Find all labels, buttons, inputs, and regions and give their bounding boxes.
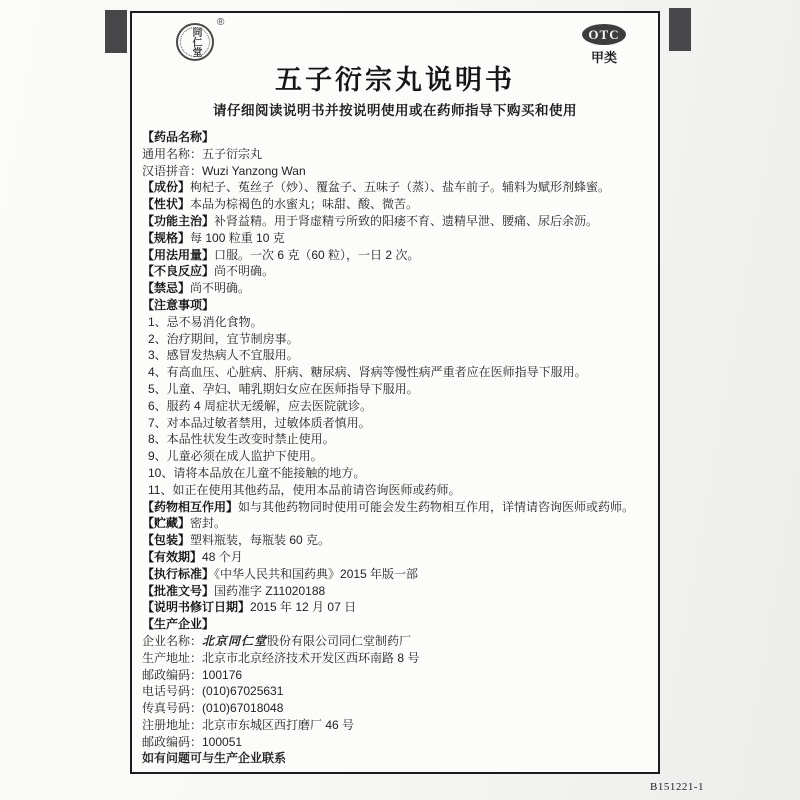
otc-badge: OTC <box>582 24 626 45</box>
line-text: 4、有高血压、心脏病、肝病、糖尿病、肾病等慢性病严重者应在医师指导下服用。 <box>148 365 587 379</box>
body-line: 【功能主治】补肾益精。用于肾虚精亏所致的阳痿不育、遗精早泄、腰痛、尿后余沥。 <box>142 213 654 230</box>
body-line: 通用名称：五子衍宗丸 <box>142 146 654 163</box>
line-text: 尚不明确。 <box>190 281 250 295</box>
line-text: 枸杞子、菟丝子（炒）、覆盆子、五味子（蒸）、盐车前子。辅料为赋形剂蜂蜜。 <box>190 180 610 194</box>
body-line: 【规格】每 100 粒重 10 克 <box>142 230 654 247</box>
line-text: 2、治疗期间，宜节制房事。 <box>148 332 299 346</box>
body-line: 电话号码：(010)67025631 <box>142 683 654 700</box>
line-text: 如有问题可与生产企业联系 <box>142 751 286 765</box>
line-text: 股份有限公司同仁堂制药厂 <box>267 634 411 648</box>
line-label: 【规格】 <box>142 231 190 245</box>
body-line: 10、请将本品放在儿童不能接触的地方。 <box>142 465 654 482</box>
body-line: 【说明书修订日期】2015 年 12 月 07 日 <box>142 599 654 616</box>
line-text: 企业名称： <box>142 634 202 648</box>
body-line: 【批准文号】国药准字 Z11020188 <box>142 583 654 600</box>
line-text: 10、请将本品放在儿童不能接触的地方。 <box>148 466 365 480</box>
line-label: 【药品名称】 <box>142 130 214 144</box>
body-line: 【不良反应】尚不明确。 <box>142 263 654 280</box>
body-line: 【注意事项】 <box>142 297 654 314</box>
line-label: 【注意事项】 <box>142 298 214 312</box>
line-label: 【包装】 <box>142 533 190 547</box>
print-code: B151221-1 <box>650 781 704 793</box>
leaflet-title: 五子衍宗丸说明书 <box>132 58 658 97</box>
body-line: 【性状】本品为棕褐色的水蜜丸；味甜、酸、微苦。 <box>142 196 654 213</box>
body-line: 7、对本品过敏者禁用，过敏体质者慎用。 <box>142 415 654 432</box>
body-line: 4、有高血压、心脏病、肝病、糖尿病、肾病等慢性病严重者应在医师指导下服用。 <box>142 364 654 381</box>
body-line: 企业名称：北京同仁堂股份有限公司同仁堂制药厂 <box>142 633 654 650</box>
tongrentang-seal-icon: 同仁堂 <box>176 23 214 61</box>
line-text: 本品为棕褐色的水蜜丸；味甜、酸、微苦。 <box>190 197 418 211</box>
line-label: 【用法用量】 <box>142 248 214 262</box>
line-label: 【生产企业】 <box>142 617 214 631</box>
line-text: 《中华人民共和国药典》2015 年版一部 <box>214 567 418 581</box>
line-text: 5、儿童、孕妇、哺乳期妇女应在医师指导下服用。 <box>148 382 419 396</box>
body-line: 【用法用量】口服。一次 6 克（60 粒），一日 2 次。 <box>142 247 654 264</box>
line-label: 【药物相互作用】 <box>142 500 238 514</box>
line-text: 生产地址：北京市北京经济技术开发区西环南路 8 号 <box>142 651 419 665</box>
line-text: 国药准字 Z11020188 <box>214 584 325 598</box>
leaflet-body: 【药品名称】通用名称：五子衍宗丸汉语拼音：Wuzi Yanzong Wan【成份… <box>142 129 654 767</box>
line-text: 尚不明确。 <box>214 264 274 278</box>
right-package-edge <box>669 8 691 51</box>
line-label: 【批准文号】 <box>142 584 214 598</box>
line-label: 【说明书修订日期】 <box>142 600 250 614</box>
line-text: 2015 年 12 月 07 日 <box>250 600 356 614</box>
line-text: 注册地址：北京市东城区西打磨厂 46 号 <box>142 718 354 732</box>
line-text: 通用名称：五子衍宗丸 <box>142 147 262 161</box>
line-text: 如与其他药物同时使用可能会发生药物相互作用，详情请咨询医师或药师。 <box>238 500 634 514</box>
line-text: 口服。一次 6 克（60 粒），一日 2 次。 <box>214 248 419 262</box>
line-text: 塑料瓶装，每瓶装 60 克。 <box>190 533 330 547</box>
body-line: 【贮藏】密封。 <box>142 515 654 532</box>
line-text: 48 个月 <box>202 550 243 564</box>
line-label: 【功能主治】 <box>142 214 214 228</box>
body-line: 8、本品性状发生改变时禁止使用。 <box>142 431 654 448</box>
body-line: 【生产企业】 <box>142 616 654 633</box>
line-text: 9、儿童必须在成人监护下使用。 <box>148 449 323 463</box>
body-line: 【成份】枸杞子、菟丝子（炒）、覆盆子、五味子（蒸）、盐车前子。辅料为赋形剂蜂蜜。 <box>142 179 654 196</box>
body-line: 汉语拼音：Wuzi Yanzong Wan <box>142 163 654 180</box>
leaflet-subtitle: 请仔细阅读说明书并按说明使用或在药师指导下购买和使用 <box>132 99 658 119</box>
line-label: 【执行标准】 <box>142 567 214 581</box>
body-line: 邮政编码：100176 <box>142 667 654 684</box>
body-line: 【执行标准】《中华人民共和国药典》2015 年版一部 <box>142 566 654 583</box>
body-line: 5、儿童、孕妇、哺乳期妇女应在医师指导下服用。 <box>142 381 654 398</box>
line-text: 每 100 粒重 10 克 <box>190 231 285 245</box>
registered-trademark-icon: ® <box>217 17 224 28</box>
body-line: 2、治疗期间，宜节制房事。 <box>142 331 654 348</box>
left-package-edge <box>105 10 127 53</box>
line-label: 【成份】 <box>142 180 190 194</box>
seal-text: 同仁堂 <box>190 27 200 57</box>
line-text: 邮政编码：100051 <box>142 735 242 749</box>
body-line: 如有问题可与生产企业联系 <box>142 750 654 767</box>
brand-calligraphy: 北京同仁堂 <box>202 634 267 648</box>
body-line: 【药物相互作用】如与其他药物同时使用可能会发生药物相互作用，详情请咨询医师或药师… <box>142 499 654 516</box>
body-line: 3、感冒发热病人不宜服用。 <box>142 347 654 364</box>
line-label: 【不良反应】 <box>142 264 214 278</box>
line-text: 7、对本品过敏者禁用，过敏体质者慎用。 <box>148 416 371 430</box>
line-text: 邮政编码：100176 <box>142 668 242 682</box>
line-label: 【性状】 <box>142 197 190 211</box>
page-background: 同仁堂 ® OTC 甲类 五子衍宗丸说明书 请仔细阅读说明书并按说明使用或在药师… <box>0 0 800 800</box>
line-text: 密封。 <box>190 516 226 530</box>
line-text: 补肾益精。用于肾虚精亏所致的阳痿不育、遗精早泄、腰痛、尿后余沥。 <box>214 214 598 228</box>
line-text: 8、本品性状发生改变时禁止使用。 <box>148 432 335 446</box>
body-line: 6、服药 4 周症状无缓解，应去医院就诊。 <box>142 398 654 415</box>
line-label: 【禁忌】 <box>142 281 190 295</box>
line-text: 1、忌不易消化食物。 <box>148 315 263 329</box>
body-line: 9、儿童必须在成人监护下使用。 <box>142 448 654 465</box>
body-line: 【禁忌】尚不明确。 <box>142 280 654 297</box>
leaflet-frame: 同仁堂 ® OTC 甲类 五子衍宗丸说明书 请仔细阅读说明书并按说明使用或在药师… <box>130 11 660 774</box>
body-line: 邮政编码：100051 <box>142 734 654 751</box>
line-label: 【贮藏】 <box>142 516 190 530</box>
body-line: 11、如正在使用其他药品，使用本品前请咨询医师或药师。 <box>142 482 654 499</box>
line-text: 11、如正在使用其他药品，使用本品前请咨询医师或药师。 <box>148 483 460 497</box>
body-line: 生产地址：北京市北京经济技术开发区西环南路 8 号 <box>142 650 654 667</box>
body-line: 【包装】塑料瓶装，每瓶装 60 克。 <box>142 532 654 549</box>
line-text: 6、服药 4 周症状无缓解，应去医院就诊。 <box>148 399 372 413</box>
body-line: 1、忌不易消化食物。 <box>142 314 654 331</box>
line-text: 电话号码：(010)67025631 <box>142 684 283 698</box>
line-text: 传真号码：(010)67018048 <box>142 701 283 715</box>
body-line: 【药品名称】 <box>142 129 654 146</box>
line-label: 【有效期】 <box>142 550 202 564</box>
line-text: 3、感冒发热病人不宜服用。 <box>148 348 299 362</box>
body-line: 【有效期】48 个月 <box>142 549 654 566</box>
body-line: 传真号码：(010)67018048 <box>142 700 654 717</box>
line-text: 汉语拼音：Wuzi Yanzong Wan <box>142 164 306 178</box>
body-line: 注册地址：北京市东城区西打磨厂 46 号 <box>142 717 654 734</box>
